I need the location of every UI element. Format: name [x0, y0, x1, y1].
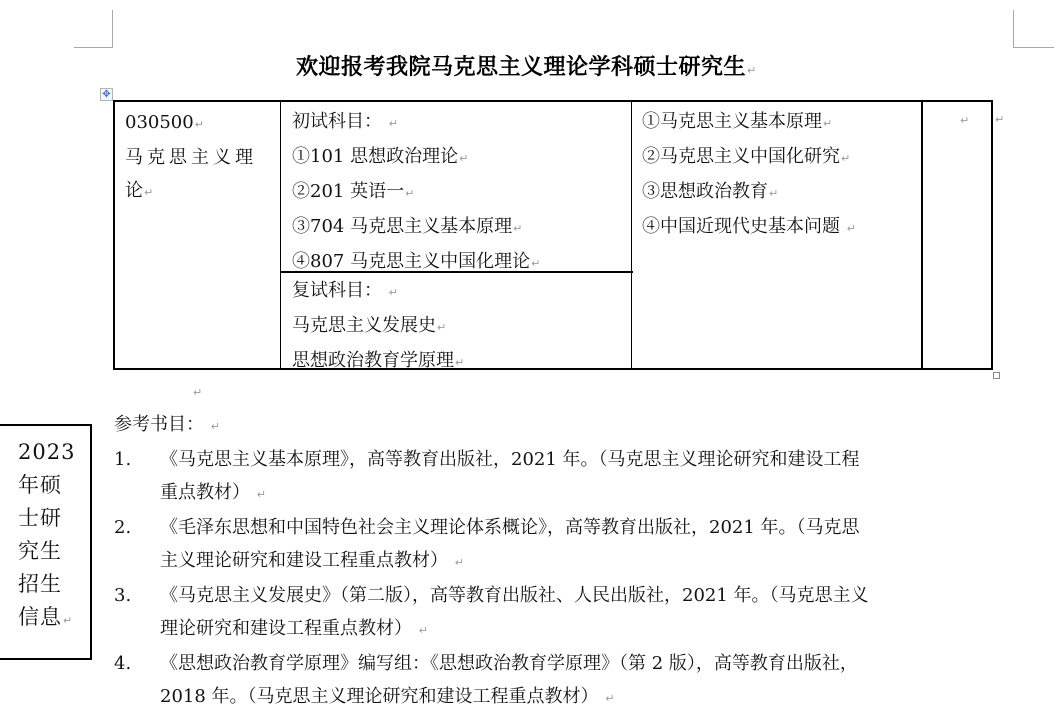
- initial-exam-header: 初试科目： ↵: [292, 105, 631, 140]
- reference-item: 1. 《马克思主义基本原理》，高等教育出版社，2021 年。（马克思主义理论研究…: [114, 443, 1034, 511]
- reference-line2: 重点教材） ↵: [160, 476, 1034, 511]
- year-info-textbox[interactable]: 2023 年硕 士研 究生 招生 信息↵: [0, 424, 92, 660]
- research-directions-cell[interactable]: ①马克思主义基本原理↵ ②马克思主义中国化研究↵ ③思想政治教育↵ ④中国近现代…: [632, 102, 923, 368]
- reference-line2: 2018 年。（马克思主义理论研究和建设工程重点教材） ↵: [160, 680, 1034, 715]
- paragraph-mark-icon: ↵: [193, 386, 202, 399]
- program-code: 030500↵: [125, 106, 275, 141]
- table-move-handle-icon[interactable]: ✥: [100, 88, 113, 101]
- paragraph-mark-icon: ↵: [960, 114, 969, 127]
- paragraph-mark-icon: ↵: [405, 187, 414, 200]
- reference-number: 2.: [114, 511, 131, 544]
- reference-number: 4.: [114, 647, 131, 680]
- reference-number: 3.: [114, 579, 131, 612]
- initial-subject: ②201 英语一↵: [292, 175, 631, 210]
- reference-line1: 《马克思主义发展史》（第二版），高等教育出版社、人民出版社，2021 年。（马克…: [160, 579, 1034, 612]
- paragraph-mark-icon: ↵: [847, 222, 856, 235]
- textbox-line: 究生: [18, 535, 78, 568]
- reference-line1: 《毛泽东思想和中国特色社会主义理论体系概论》，高等教育出版社，2021 年。（马…: [160, 511, 1034, 544]
- paragraph-mark-icon: ↵: [419, 624, 428, 637]
- paragraph-mark-icon: ↵: [823, 117, 832, 130]
- references-header: 参考书目： ↵: [114, 408, 1034, 443]
- paragraph-mark-icon: ↵: [459, 152, 468, 165]
- textbox-line: 招生: [18, 568, 78, 601]
- reference-books-section: 参考书目： ↵ 1. 《马克思主义基本原理》，高等教育出版社，2021 年。（马…: [114, 408, 1034, 715]
- direction-item: ①马克思主义基本原理↵: [642, 105, 856, 140]
- paragraph-mark-icon: ↵: [455, 356, 464, 369]
- reference-item: 4. 《思想政治教育学原理》编写组：《思想政治教育学原理》（第 2 版），高等教…: [114, 647, 1034, 715]
- program-name-line1: 马克思主义理: [125, 141, 275, 174]
- document-title: 欢迎报考我院马克思主义理论学科硕士研究生↵: [296, 50, 757, 81]
- paragraph-mark-icon: ↵: [605, 692, 614, 705]
- program-table: 030500↵ 马克思主义理 论↵ 初试科目： ↵ ①101 思想政治理论↵ ②…: [113, 100, 993, 370]
- textbox-line: 年硕: [18, 469, 78, 502]
- textbox-line: 信息↵: [18, 601, 78, 637]
- paragraph-mark-icon: ↵: [437, 321, 446, 334]
- retest-subject: 思想政治教育学原理↵: [292, 344, 631, 379]
- reference-number: 1.: [114, 443, 131, 476]
- paragraph-mark-icon: ↵: [531, 257, 540, 270]
- table-resize-handle[interactable]: [993, 372, 1000, 379]
- retest-subject: 马克思主义发展史↵: [292, 309, 631, 344]
- reference-line2: 理论研究和建设工程重点教材） ↵: [160, 612, 1034, 647]
- paragraph-mark-icon: ↵: [257, 488, 266, 501]
- page-margin-corner-top-right: [1013, 10, 1054, 48]
- initial-subject: ①101 思想政治理论↵: [292, 140, 631, 175]
- paragraph-mark-icon: ↵: [195, 118, 204, 131]
- textbox-line: 2023: [18, 436, 78, 469]
- cell-divider-line: [281, 271, 633, 273]
- page-margin-corner-top-left: [74, 10, 113, 48]
- textbox-line: 士研: [18, 502, 78, 535]
- paragraph-mark-icon: ↵: [455, 556, 464, 569]
- paragraph-mark-icon: ↵: [63, 614, 73, 627]
- row-end-mark-icon: ↵: [995, 113, 1004, 126]
- reference-line1: 《马克思主义基本原理》，高等教育出版社，2021 年。（马克思主义理论研究和建设…: [160, 443, 1034, 476]
- paragraph-mark-icon: ↵: [211, 420, 220, 433]
- paragraph-mark-icon: ↵: [747, 64, 757, 77]
- paragraph-mark-icon: ↵: [769, 187, 778, 200]
- exam-subjects-cell[interactable]: 初试科目： ↵ ①101 思想政治理论↵ ②201 英语一↵ ③704 马克思主…: [281, 102, 632, 368]
- program-name-line2: 论↵: [125, 174, 275, 209]
- paragraph-mark-icon: ↵: [389, 286, 398, 299]
- paragraph-mark-icon: ↵: [389, 117, 398, 130]
- reference-line1: 《思想政治教育学原理》编写组：《思想政治教育学原理》（第 2 版），高等教育出版…: [160, 647, 1034, 680]
- reference-line2: 主义理论研究和建设工程重点教材） ↵: [160, 544, 1034, 579]
- direction-item: ④中国近现代史基本问题 ↵: [642, 210, 856, 245]
- direction-item: ③思想政治教育↵: [642, 175, 856, 210]
- paragraph-mark-icon: ↵: [144, 186, 153, 199]
- paragraph-mark-icon: ↵: [841, 152, 850, 165]
- program-code-cell[interactable]: 030500↵ 马克思主义理 论↵: [115, 102, 281, 368]
- paragraph-mark-icon: ↵: [513, 222, 522, 235]
- initial-subject: ③704 马克思主义基本原理↵: [292, 210, 631, 245]
- reference-item: 3. 《马克思主义发展史》（第二版），高等教育出版社、人民出版社，2021 年。…: [114, 579, 1034, 647]
- retest-header: 复试科目： ↵: [292, 274, 631, 309]
- document-title-text: 欢迎报考我院马克思主义理论学科硕士研究生: [296, 55, 746, 80]
- reference-item: 2. 《毛泽东思想和中国特色社会主义理论体系概论》，高等教育出版社，2021 年…: [114, 511, 1034, 579]
- direction-item: ②马克思主义中国化研究↵: [642, 140, 856, 175]
- notes-cell[interactable]: ↵: [923, 102, 991, 368]
